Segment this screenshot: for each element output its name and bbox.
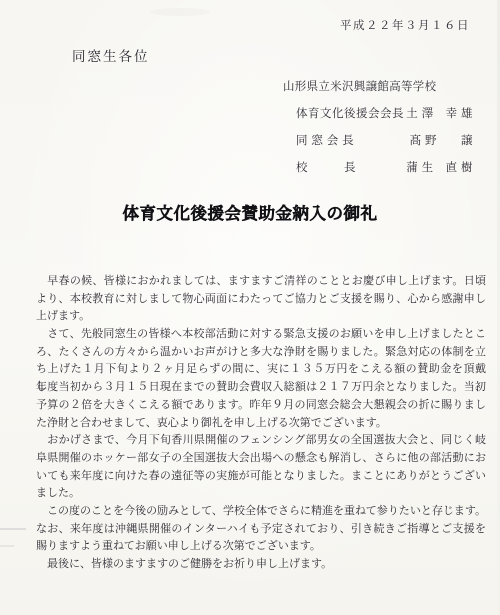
body-line: 予算の２倍を大きくこえる額であります。昨年９月の同窓会総会大懇親会の折に賜りまし xyxy=(36,397,486,415)
body-line: 阜県開催のホッケー部女子の全国選抜大会出場への懸念も解消し、さらに他の部活動にお xyxy=(36,450,486,468)
signer-name: 髙 野 譲 xyxy=(395,132,473,148)
body-line: 賜りますよう重ねてお願い申し上げる次第でございます。 xyxy=(36,538,486,556)
body-line: おかげさまで、今月下旬香川県開催のフェンシング部男女の全国選抜大会と、同じく岐 xyxy=(36,432,486,450)
body-line: いても来年度に向けた春の遠征等の実施が可能となりました。まことにありがとうござい xyxy=(36,468,486,486)
signer-name: 蒲 生 直 樹 xyxy=(395,159,473,175)
scan-artifact xyxy=(150,8,210,16)
sender-signature-block: 山形県立米沢興譲館高等学校 体育文化後援会会長 土 澤 幸 雄 同 窓 会 長 … xyxy=(283,78,473,175)
body-line: この度のことを今後の励みとして、学校全体でさらに精進を重ねて参りたいと存じます。 xyxy=(36,503,486,521)
sender-school-name: 山形県立米沢興譲館高等学校 xyxy=(283,78,473,94)
body-line: ろ、たくさんの方々から温かいお声がけと多大な浄財を賜りました。緊急対応の体制を立 xyxy=(36,344,486,362)
signer-title: 校 長 xyxy=(296,159,395,175)
scan-artifact xyxy=(0,528,26,530)
signer-row: 同 窓 会 長 髙 野 譲 xyxy=(283,132,473,148)
body-line: なお、来年度は沖縄県開催のインターハイも予定されており、引き続きご指導とご支援を xyxy=(36,521,486,539)
signer-title: 同 窓 会 長 xyxy=(296,132,395,148)
body-line: さて、先般同窓生の皆様へ本校部活動に対する緊急支援のお願いを申し上げましたとこ xyxy=(36,326,486,344)
body-line: た浄財と合わせまして、衷心より御礼を申し上げる次第でございます。 xyxy=(36,415,486,433)
letter-addressee: 同窓生各位 xyxy=(72,45,150,65)
signer-row: 校 長 蒲 生 直 樹 xyxy=(283,159,473,175)
signer-name: 土 澤 幸 雄 xyxy=(395,105,473,121)
letter-body: 早春の候、皆様におかれましては、ますますご清祥のこととお慶び申し上げます。日頃 … xyxy=(36,273,486,574)
letter-title: 体育文化後援会賛助金納入の御礼 xyxy=(0,200,500,224)
letter-date: 平成２２年３月１６日 xyxy=(340,17,470,33)
body-line: ました。 xyxy=(36,485,486,503)
body-line: 最後に、皆様のますますのご健勝をお祈り申し上げます。 xyxy=(36,556,486,574)
body-line: 上げます。 xyxy=(36,308,486,326)
body-line: より、本校教育に対しまして物心両面にわたってご協力とご支援を賜り、心から感謝申し xyxy=(36,291,486,309)
body-line: 年度当初から３月１５日現在までの賛助会費収入総額は２１７万円余となりました。当初 xyxy=(36,379,486,397)
body-line: 早春の候、皆様におかれましては、ますますご清祥のこととお慶び申し上げます。日頃 xyxy=(36,273,486,291)
scan-artifact xyxy=(0,545,14,547)
signer-title: 体育文化後援会会長 xyxy=(296,105,395,121)
body-line: ち上げた１月下旬より２ヶ月足らずの間に、実に１３５万円をこえる額の賛助金を頂戴し… xyxy=(36,361,486,379)
scanned-letter-page: 平成２２年３月１６日 同窓生各位 山形県立米沢興譲館高等学校 体育文化後援会会長… xyxy=(0,0,500,615)
signer-row: 体育文化後援会会長 土 澤 幸 雄 xyxy=(283,105,473,121)
